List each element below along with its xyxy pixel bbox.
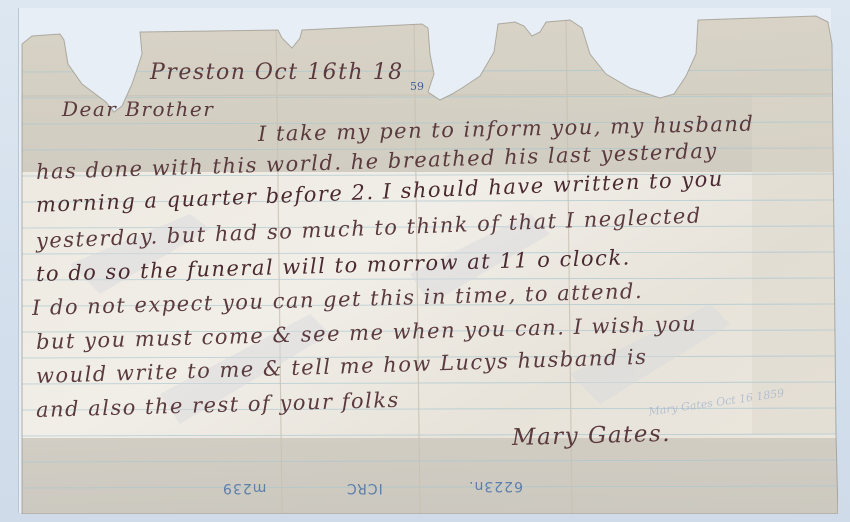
letter-salutation: Dear Brother <box>62 97 214 121</box>
archive-mark: m239 <box>222 480 266 496</box>
letter-place-date: Preston Oct 16th 18 <box>150 60 404 85</box>
archive-mark: ICRC <box>346 480 383 496</box>
letter-signature: Mary Gates. <box>512 421 672 451</box>
letter-year-suffix: 59 <box>410 80 424 93</box>
archive-mark: 6223n. <box>468 478 523 494</box>
